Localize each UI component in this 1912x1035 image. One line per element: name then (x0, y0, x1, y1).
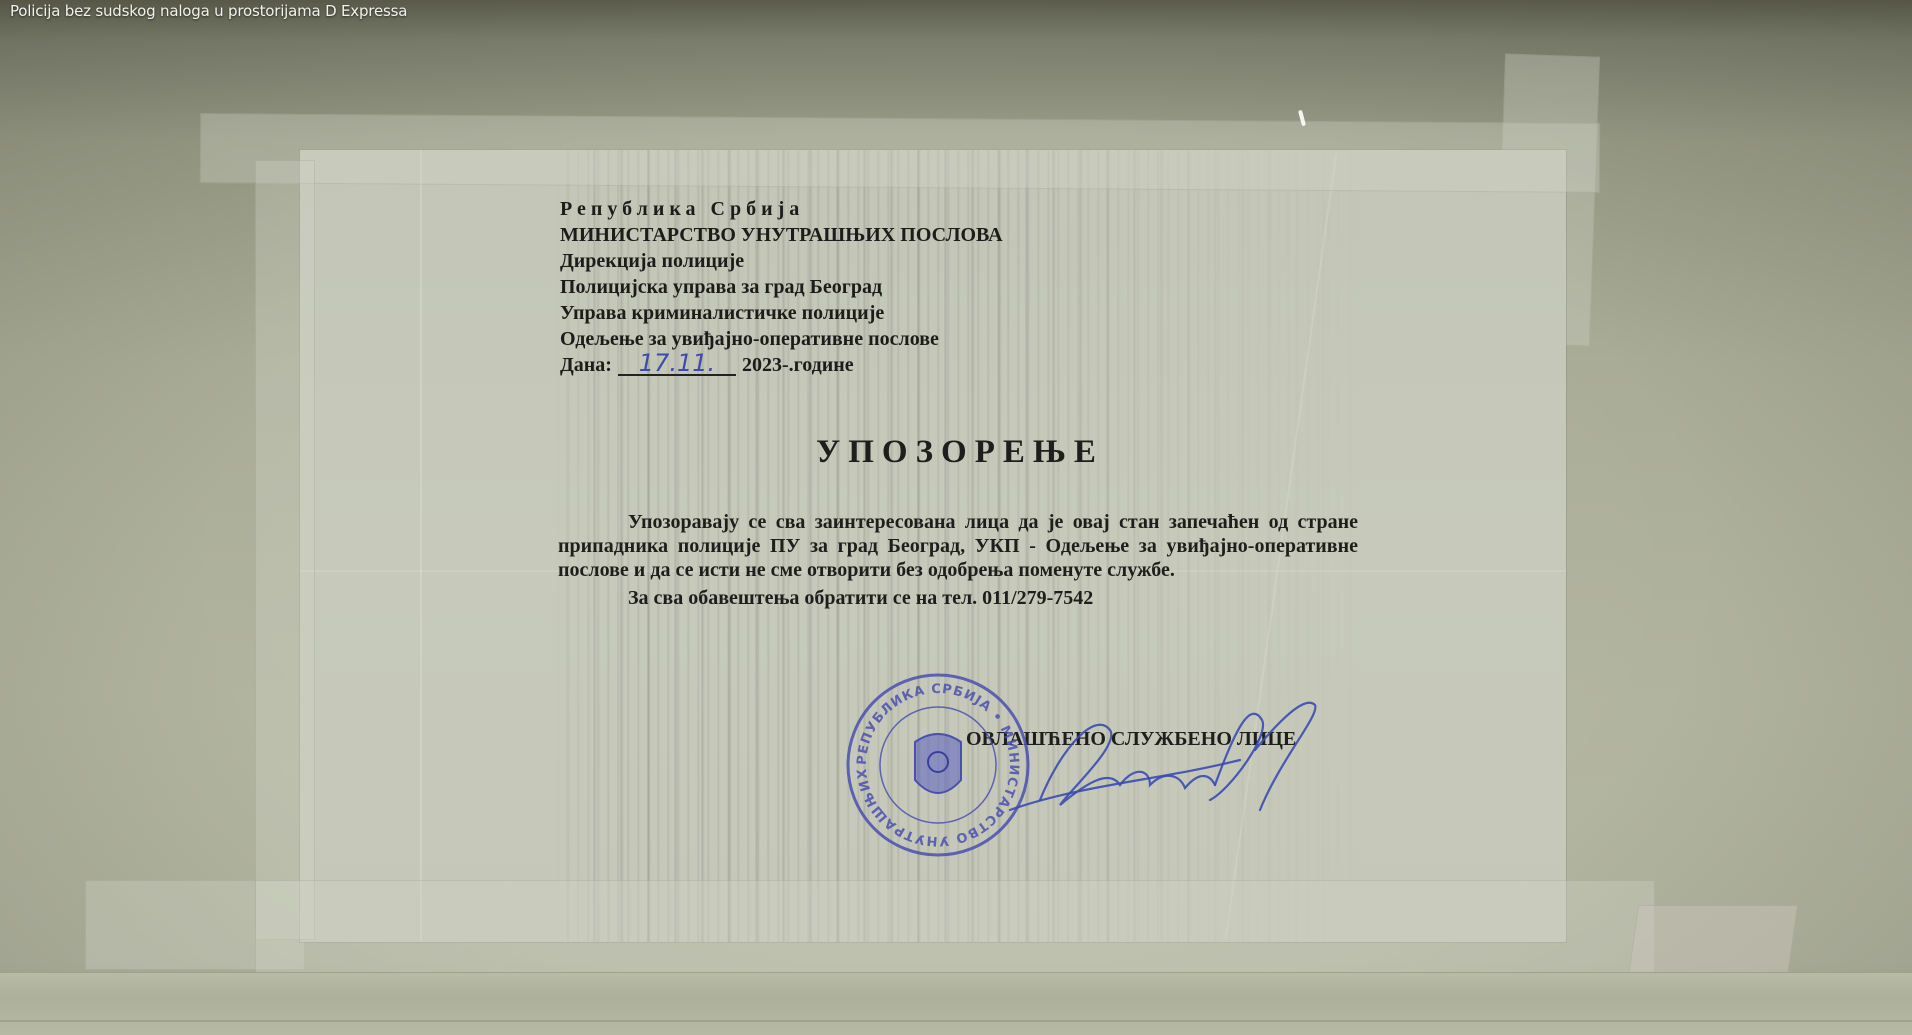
video-caption: Policija bez sudskog naloga u prostorija… (10, 2, 407, 20)
contact-phone: За сва обавештења обратити се на тел. 01… (558, 586, 1358, 610)
tape-strip (255, 160, 315, 940)
date-handwritten: 17.11. (618, 352, 736, 376)
handwritten-signature (1000, 690, 1330, 820)
notice-title: УПОЗОРЕЊЕ (810, 434, 1110, 471)
header-criminal-police: Управа криминалистичке полиције (560, 300, 1360, 326)
notice-paragraph: Упозоравају се сва заинтересована лица д… (558, 510, 1358, 582)
date-row: Дана: 17.11. 2023-.године (560, 352, 1360, 378)
header-country: Република Србија (560, 196, 1360, 222)
header-police-admin: Полицијска управа за град Београд (560, 274, 1360, 300)
document-header: Република Србија МИНИСТАРСТВО УНУТРАШЊИХ… (560, 196, 1360, 378)
date-label: Дана: (560, 352, 612, 378)
tape-strip (200, 113, 1600, 193)
tape-strip (255, 880, 1655, 980)
wall-trim-line (0, 1020, 1912, 1022)
notice-body: Упозоравају се сва заинтересована лица д… (558, 510, 1358, 610)
header-ministry: МИНИСТАРСТВО УНУТРАШЊИХ ПОСЛОВА (560, 222, 1360, 248)
wall-trim (0, 972, 1912, 1035)
date-suffix: 2023-.године (742, 352, 854, 378)
warning-notice-paper: Република Србија МИНИСТАРСТВО УНУТРАШЊИХ… (300, 150, 1566, 942)
header-directorate: Дирекција полиције (560, 248, 1360, 274)
